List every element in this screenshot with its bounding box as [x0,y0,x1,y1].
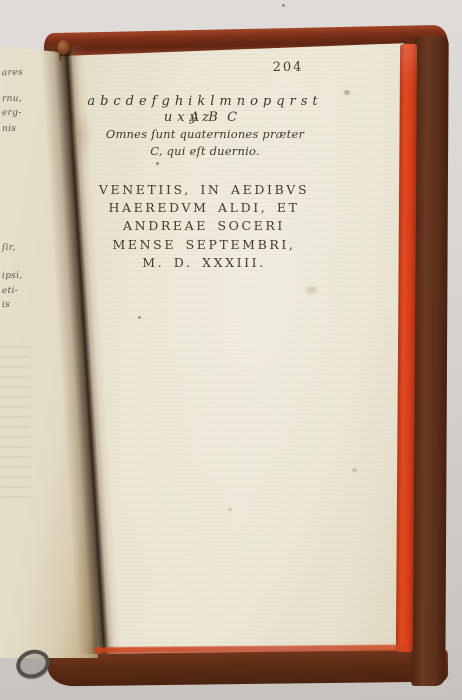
colophon-line-2: HAEREDVM ALDI, ET [84,199,324,217]
colophon-line-1: VENETIIS, IN AEDIBVS [84,181,324,199]
verso-text-fragment: eti- [2,286,18,296]
show-through-text [0,346,30,506]
colophon-line-5: M. D. XXXIII. [84,254,324,272]
book-cover-bottom-edge [48,650,448,687]
register-statement: abcdefghiklmnopqrst uxyzABC Omnes ſunt q… [70,93,340,159]
foxing-spot [352,468,357,472]
paper-stain [66,112,94,160]
headband-knob [57,40,70,55]
register-note-line-1: Omnes ſunt quaterniones præter [70,126,340,143]
colophon-line-3: ANDREAE SOCERI [84,217,324,235]
verso-text-fragment: ipsi, [2,271,23,282]
foxing-spot [228,508,232,511]
alphabet-register-tail: uxyz [164,110,214,126]
colophon: VENETIIS, IN AEDIBVS HAEREDVM ALDI, ET A… [84,181,324,272]
register-note-line-2: C, qui eſt duernio. [70,143,340,159]
colophon-line-4: MENSE SEPTEMBRI, [84,236,324,254]
alphabet-register-line: abcdefghiklmnopqrst [70,93,340,110]
verso-text-fragment: ares [2,68,23,79]
foxing-spot [138,316,141,319]
foxing-spot [282,4,285,7]
foxing-spot [156,162,159,165]
verso-text-fragment: is [2,300,10,310]
book-photograph: ares rnu, erg- nis ſir, ipsi, eti- is 20… [0,0,462,700]
verso-text-fragment: ſir, [2,243,16,253]
page-number: 204 [262,60,314,75]
foxing-spot [344,90,350,95]
verso-text-fragment: erg- [2,108,22,119]
book-cover-right-board [411,36,448,686]
verso-text-fragment: rnu, [2,94,22,105]
foxing-spot [306,286,317,294]
alphabet-register-continuation: uxyzABC [70,110,340,126]
verso-text-fragment: nis [2,124,16,134]
